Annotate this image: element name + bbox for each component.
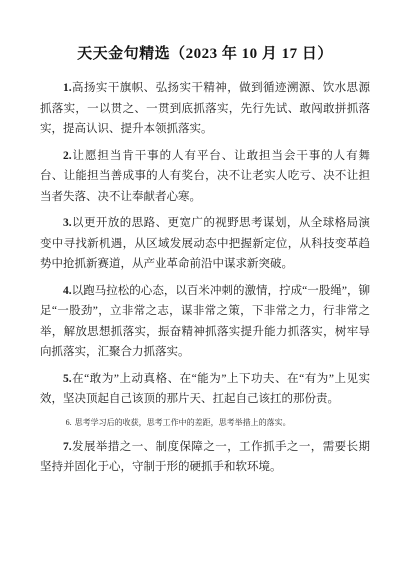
paragraph-6-text: 思考学习后的收获，思考工作中的差距，思考举措上的落实。 xyxy=(75,418,291,427)
document-title: 天天金句精选（2023 年 10 月 17 日） xyxy=(40,42,370,63)
paragraph-4-number: 4. xyxy=(63,285,72,297)
document-page: 天天金句精选（2023 年 10 月 17 日） 1.高扬实干旗帜、弘扬实干精神… xyxy=(0,0,410,580)
paragraph-7-number: 7. xyxy=(63,441,72,453)
paragraph-7: 7.发展举措之一、制度保障之一，工作抓手之一，需要长期坚持并固化于心，守制于形的… xyxy=(40,437,370,478)
paragraph-4-text: 以跑马拉松的心态，以百米冲刺的激情，拧成“一股绳”，铆足“一股劲”，立非常之志，… xyxy=(40,285,370,359)
paragraph-2-text: 让愿担当肯干事的人有平台、让敢担当会干事的人有舞台、让能担当善成事的人有奖台，决… xyxy=(40,150,370,203)
paragraph-5-number: 5. xyxy=(63,373,72,385)
paragraph-3-text: 以更开放的思路、更宽广的视野思考谋划，从全球格局演变中寻找新机遇，从区域发展动态… xyxy=(40,217,370,270)
paragraph-1-number: 1. xyxy=(63,82,72,94)
paragraph-1-text: 高扬实干旗帜、弘扬实干精神，做到循迹溯源、饮水思源抓落实，一以贯之、一贯到底抓落… xyxy=(40,82,370,135)
paragraph-2-number: 2. xyxy=(63,150,72,162)
paragraph-2: 2.让愿担当肯干事的人有平台、让敢担当会干事的人有舞台、让能担当善成事的人有奖台… xyxy=(40,146,370,208)
paragraph-7-text: 发展举措之一、制度保障之一，工作抓手之一，需要长期坚持并固化于心，守制于形的硬抓… xyxy=(40,441,370,474)
paragraph-3: 3.以更开放的思路、更宽广的视野思考谋划，从全球格局演变中寻找新机遇，从区域发展… xyxy=(40,213,370,275)
paragraph-1: 1.高扬实干旗帜、弘扬实干精神，做到循迹溯源、饮水思源抓落实，一以贯之、一贯到底… xyxy=(40,78,370,140)
paragraph-5: 5.在“敢为”上动真格、在“能为”上下功夫、在“有为”上见实效，坚决顶起自己该顶… xyxy=(40,369,370,410)
paragraph-6-number: 6. xyxy=(66,418,72,427)
paragraph-4: 4.以跑马拉松的心态，以百米冲刺的激情，拧成“一股绳”，铆足“一股劲”，立非常之… xyxy=(40,281,370,363)
paragraph-6: 6.思考学习后的收获，思考工作中的差距，思考举措上的落实。 xyxy=(40,416,370,429)
paragraph-3-number: 3. xyxy=(63,217,72,229)
paragraph-5-text: 在“敢为”上动真格、在“能为”上下功夫、在“有为”上见实效，坚决顶起自己该顶的那… xyxy=(40,373,370,406)
